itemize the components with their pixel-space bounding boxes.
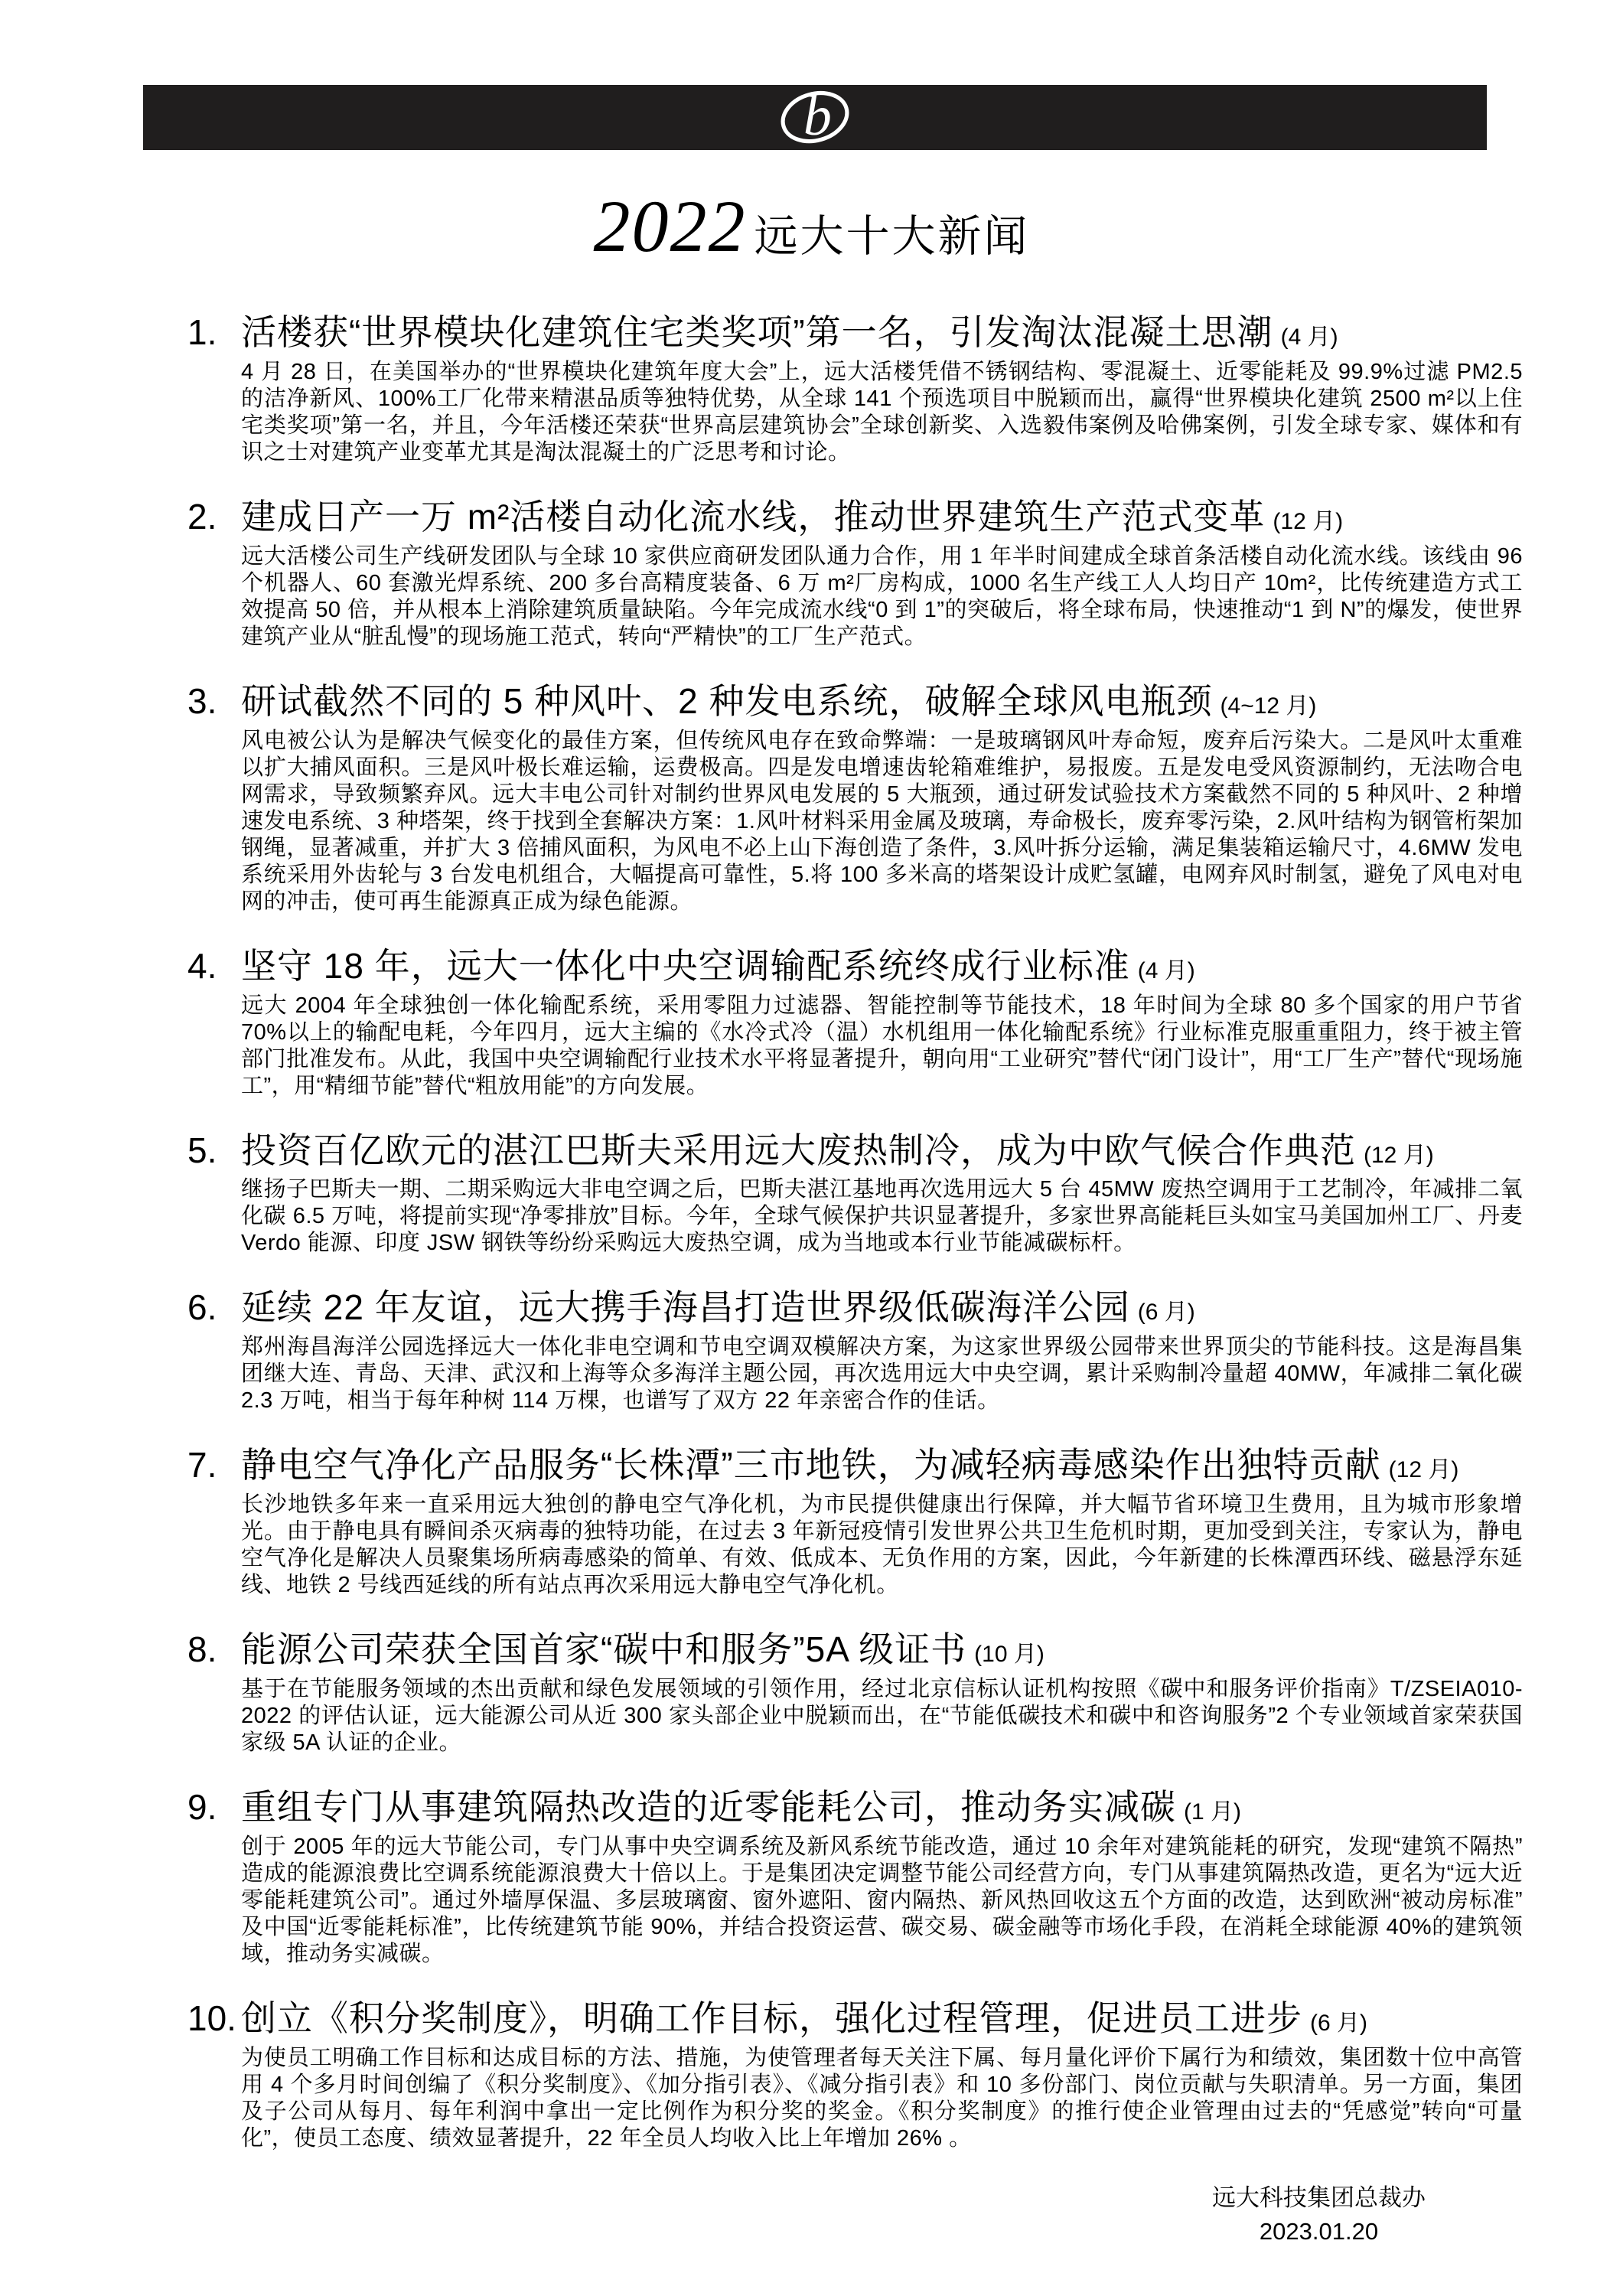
item-content: 静电空气净化产品服务“长株潭”三市地铁，为减轻病毒感染作出独特贡献(12 月) … — [241, 1445, 1523, 1599]
item-heading-text: 延续 22 年友谊，远大携手海昌打造世界级低碳海洋公园 — [241, 1287, 1130, 1327]
item-month: (12 月) — [1273, 509, 1343, 534]
item-number: 10. — [187, 1998, 241, 2152]
item-content: 延续 22 年友谊，远大携手海昌打造世界级低碳海洋公园(6 月) 郑州海昌海洋公… — [241, 1287, 1523, 1414]
item-heading: 活楼获“世界模块化建筑住宅类奖项”第一名，引发淘汰混凝土思潮(4 月) — [241, 312, 1523, 353]
item-content: 创立《积分奖制度》，明确工作目标，强化过程管理，促进员工进步(6 月) 为使员工… — [241, 1998, 1523, 2152]
item-heading: 静电空气净化产品服务“长株潭”三市地铁，为减轻病毒感染作出独特贡献(12 月) — [241, 1445, 1523, 1486]
item-body: 为使员工明确工作目标和达成目标的方法、措施，为使管理者每天关注下属、每月量化评价… — [241, 2045, 1523, 2152]
item-content: 能源公司荣获全国首家“碳中和服务”5A 级证书(10 月) 基于在节能服务领域的… — [241, 1629, 1523, 1756]
item-heading-text: 建成日产一万 m²活楼自动化流水线，推动世界建筑生产范式变革 — [241, 497, 1265, 536]
item-body: 继扬子巴斯夫一期、二期采购远大非电空调之后，巴斯夫湛江基地再次选用远大 5 台 … — [241, 1176, 1523, 1257]
item-month: (6 月) — [1310, 2011, 1367, 2036]
item-number: 6. — [187, 1287, 241, 1414]
item-heading: 投资百亿欧元的湛江巴斯夫采用远大废热制冷，成为中欧气候合作典范(12 月) — [241, 1130, 1523, 1171]
item-body: 4 月 28 日，在美国举办的“世界模块化建筑年度大会”上，远大活楼凭借不锈钢结… — [241, 359, 1523, 466]
page-title: 2022 远大十大新闻 — [0, 184, 1623, 269]
news-item: 2. 建成日产一万 m²活楼自动化流水线，推动世界建筑生产范式变革(12 月) … — [187, 497, 1523, 651]
header-bar: b — [143, 85, 1487, 150]
news-item: 5. 投资百亿欧元的湛江巴斯夫采用远大废热制冷，成为中欧气候合作典范(12 月)… — [187, 1130, 1523, 1257]
item-month: (1 月) — [1184, 1799, 1241, 1825]
item-body: 长沙地铁多年来一直采用远大独创的静电空气净化机，为市民提供健康出行保障，并大幅节… — [241, 1492, 1523, 1599]
item-month: (12 月) — [1364, 1143, 1434, 1168]
item-heading-text: 静电空气净化产品服务“长株潭”三市地铁，为减轻病毒感染作出独特贡献 — [241, 1445, 1381, 1485]
item-month: (12 月) — [1389, 1457, 1459, 1482]
title-year: 2022 — [594, 184, 747, 269]
item-heading-text: 重组专门从事建筑隔热改造的近零能耗公司，推动务实减碳 — [241, 1787, 1176, 1827]
item-content: 活楼获“世界模块化建筑住宅类奖项”第一名，引发淘汰混凝土思潮(4 月) 4 月 … — [241, 312, 1523, 466]
item-number: 1. — [187, 312, 241, 466]
item-month: (10 月) — [974, 1642, 1045, 1667]
item-month: (4 月) — [1138, 958, 1195, 983]
item-heading-text: 投资百亿欧元的湛江巴斯夫采用远大废热制冷，成为中欧气候合作典范 — [241, 1130, 1356, 1170]
news-item: 10. 创立《积分奖制度》，明确工作目标，强化过程管理，促进员工进步(6 月) … — [187, 1998, 1523, 2152]
item-number: 8. — [187, 1629, 241, 1756]
news-item: 1. 活楼获“世界模块化建筑住宅类奖项”第一名，引发淘汰混凝土思潮(4 月) 4… — [187, 312, 1523, 466]
footer-org: 远大科技集团总裁办 — [1212, 2181, 1426, 2215]
title-text: 远大十大新闻 — [754, 201, 1030, 264]
item-body: 远大 2004 年全球独创一体化输配系统，采用零阻力过滤器、智能控制等节能技术，… — [241, 993, 1523, 1100]
svg-text:b: b — [803, 90, 832, 146]
item-heading: 建成日产一万 m²活楼自动化流水线，推动世界建筑生产范式变革(12 月) — [241, 497, 1523, 537]
item-heading: 创立《积分奖制度》，明确工作目标，强化过程管理，促进员工进步(6 月) — [241, 1998, 1523, 2039]
item-heading: 能源公司荣获全国首家“碳中和服务”5A 级证书(10 月) — [241, 1629, 1523, 1670]
item-number: 9. — [187, 1787, 241, 1968]
item-month: (6 月) — [1138, 1300, 1195, 1325]
item-heading-text: 创立《积分奖制度》，明确工作目标，强化过程管理，促进员工进步 — [241, 1998, 1302, 2038]
item-heading: 坚守 18 年，远大一体化中央空调输配系统终成行业标准(4 月) — [241, 946, 1523, 987]
news-item: 9. 重组专门从事建筑隔热改造的近零能耗公司，推动务实减碳(1 月) 创于 20… — [187, 1787, 1523, 1968]
item-content: 重组专门从事建筑隔热改造的近零能耗公司，推动务实减碳(1 月) 创于 2005 … — [241, 1787, 1523, 1968]
item-heading: 延续 22 年友谊，远大携手海昌打造世界级低碳海洋公园(6 月) — [241, 1287, 1523, 1328]
item-body: 郑州海昌海洋公园选择远大一体化非电空调和节电空调双模解决方案，为这家世界级公园带… — [241, 1334, 1523, 1414]
item-month: (4 月) — [1281, 325, 1338, 350]
item-heading-text: 能源公司荣获全国首家“碳中和服务”5A 级证书 — [241, 1629, 966, 1669]
item-number: 4. — [187, 946, 241, 1100]
item-number: 5. — [187, 1130, 241, 1257]
item-number: 2. — [187, 497, 241, 651]
news-item: 7. 静电空气净化产品服务“长株潭”三市地铁，为减轻病毒感染作出独特贡献(12 … — [187, 1445, 1523, 1599]
news-item: 4. 坚守 18 年，远大一体化中央空调输配系统终成行业标准(4 月) 远大 2… — [187, 946, 1523, 1100]
item-content: 研试截然不同的 5 种风叶、2 种发电系统，破解全球风电瓶颈(4~12 月) 风… — [241, 681, 1523, 915]
item-body: 基于在节能服务领域的杰出贡献和绿色发展领域的引领作用，经过北京信标认证机构按照《… — [241, 1676, 1523, 1756]
item-body: 创于 2005 年的远大节能公司，专门从事中央空调系统及新风系统节能改造，通过 … — [241, 1834, 1523, 1968]
item-number: 3. — [187, 681, 241, 915]
item-heading: 重组专门从事建筑隔热改造的近零能耗公司，推动务实减碳(1 月) — [241, 1787, 1523, 1828]
item-month: (4~12 月) — [1221, 693, 1317, 719]
item-heading-text: 研试截然不同的 5 种风叶、2 种发电系统，破解全球风电瓶颈 — [241, 681, 1213, 721]
item-content: 建成日产一万 m²活楼自动化流水线，推动世界建筑生产范式变革(12 月) 远大活… — [241, 497, 1523, 651]
broad-b-logo-icon: b — [778, 90, 852, 146]
item-heading-text: 坚守 18 年，远大一体化中央空调输配系统终成行业标准 — [241, 946, 1130, 986]
news-list: 1. 活楼获“世界模块化建筑住宅类奖项”第一名，引发淘汰混凝土思潮(4 月) 4… — [187, 312, 1523, 2183]
news-item: 6. 延续 22 年友谊，远大携手海昌打造世界级低碳海洋公园(6 月) 郑州海昌… — [187, 1287, 1523, 1414]
item-heading: 研试截然不同的 5 种风叶、2 种发电系统，破解全球风电瓶颈(4~12 月) — [241, 681, 1523, 722]
item-number: 7. — [187, 1445, 241, 1599]
item-content: 投资百亿欧元的湛江巴斯夫采用远大废热制冷，成为中欧气候合作典范(12 月) 继扬… — [241, 1130, 1523, 1257]
item-body: 风电被公认为是解决气候变化的最佳方案，但传统风电存在致命弊端：一是玻璃钢风叶寿命… — [241, 728, 1523, 915]
item-heading-text: 活楼获“世界模块化建筑住宅类奖项”第一名，引发淘汰混凝土思潮 — [241, 312, 1273, 352]
document-page: { "header": { "bar_color": "#201e1e", "l… — [0, 0, 1623, 2296]
news-item: 3. 研试截然不同的 5 种风叶、2 种发电系统，破解全球风电瓶颈(4~12 月… — [187, 681, 1523, 915]
footer: 远大科技集团总裁办 2023.01.20 — [1212, 2181, 1426, 2249]
item-body: 远大活楼公司生产线研发团队与全球 10 家供应商研发团队通力合作，用 1 年半时… — [241, 543, 1523, 651]
footer-date: 2023.01.20 — [1212, 2215, 1426, 2249]
news-item: 8. 能源公司荣获全国首家“碳中和服务”5A 级证书(10 月) 基于在节能服务… — [187, 1629, 1523, 1756]
item-content: 坚守 18 年，远大一体化中央空调输配系统终成行业标准(4 月) 远大 2004… — [241, 946, 1523, 1100]
